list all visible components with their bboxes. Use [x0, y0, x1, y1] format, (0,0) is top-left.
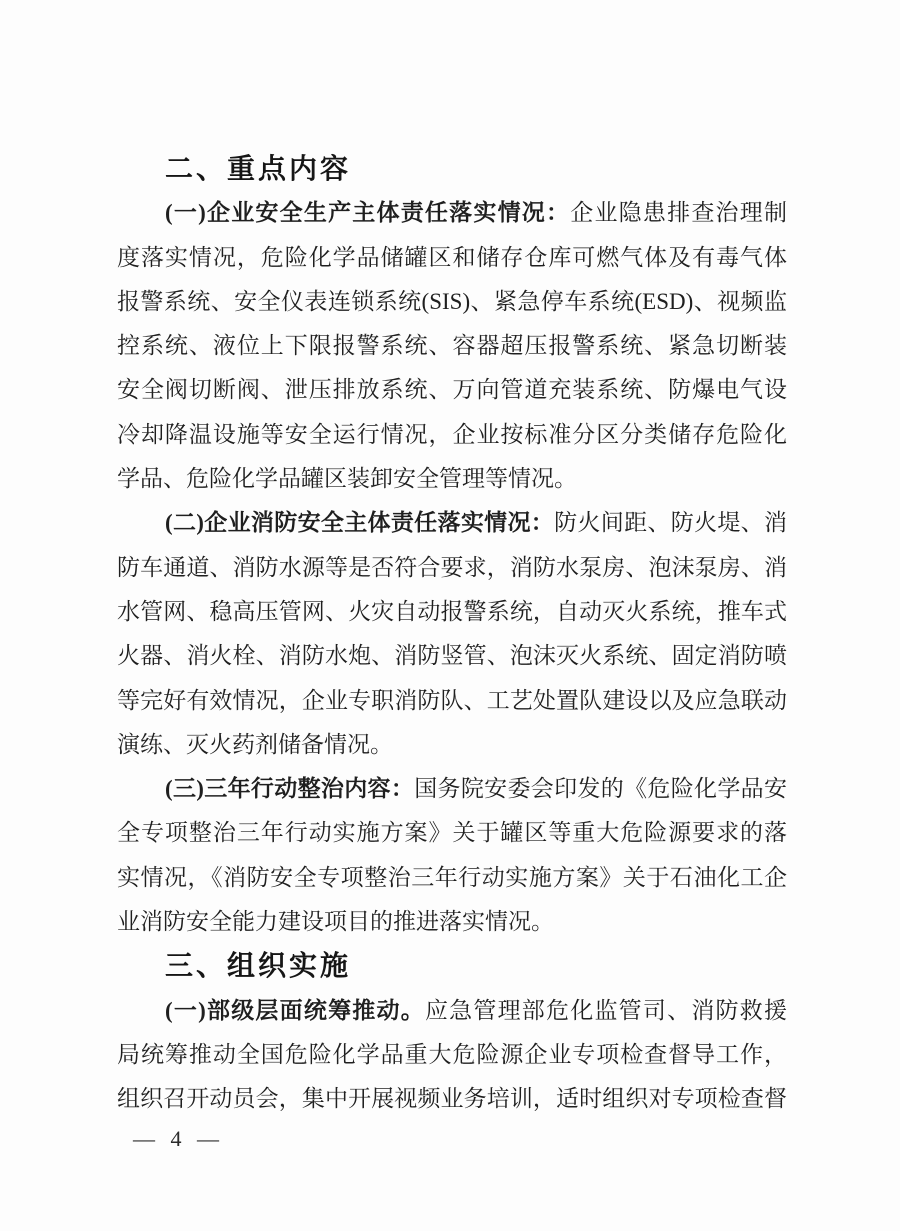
- paragraph-lead: (一)部级层面统筹推动。: [165, 998, 425, 1023]
- paragraph-lead: (三)三年行动整治内容：: [165, 776, 414, 801]
- paragraph-line: 控系统、液位上下限报警系统、容器超压报警系统、紧急切断装置、: [117, 324, 787, 368]
- paragraph-line: 组织召开动员会，集中开展视频业务培训，适时组织对专项检查督: [117, 1077, 787, 1121]
- paragraph-line: 水管网、稳高压管网、火灾自动报警系统，自动灭火系统，推车式灭: [117, 590, 787, 634]
- paragraph-line: 度落实情况，危险化学品储罐区和储存仓库可燃气体及有毒气体: [117, 236, 787, 280]
- paragraph: (一)企业安全生产主体责任落实情况：企业隐患排查治理制 度落实情况，危险化学品储…: [117, 191, 787, 501]
- paragraph-line: 火器、消火栓、消防水炮、消防竖管、泡沫灭火系统、固定消防喷淋: [117, 634, 787, 678]
- paragraph-line: 冷却降温设施等安全运行情况，企业按标准分区分类储存危险化: [117, 413, 787, 457]
- paragraph-text: 国务院安委会印发的《危险化学品安: [414, 776, 787, 801]
- paragraph-line: (三)三年行动整治内容：国务院安委会印发的《危险化学品安: [117, 767, 787, 811]
- paragraph-line: 局统筹推动全国危险化学品重大危险源企业专项检查督导工作，: [117, 1033, 787, 1077]
- paragraph-line: 等完好有效情况，企业专职消防队、工艺处置队建设以及应急联动: [117, 679, 787, 723]
- paragraph-line: (一)企业安全生产主体责任落实情况：企业隐患排查治理制: [117, 191, 787, 235]
- document-content: 二、重点内容 (一)企业安全生产主体责任落实情况：企业隐患排查治理制 度落实情况…: [117, 147, 787, 1122]
- section-heading-organization: 三、组织实施: [117, 944, 787, 988]
- document-page: 二、重点内容 (一)企业安全生产主体责任落实情况：企业隐患排查治理制 度落实情况…: [0, 0, 900, 1231]
- section-heading-key-content: 二、重点内容: [117, 147, 787, 191]
- paragraph-line: 业消防安全能力建设项目的推进落实情况。: [117, 900, 787, 944]
- paragraph-line: 报警系统、安全仪表连锁系统(SIS)、紧急停车系统(ESD)、视频监: [117, 280, 787, 324]
- paragraph-line: (一)部级层面统筹推动。应急管理部危化监管司、消防救援: [117, 989, 787, 1033]
- paragraph-text: 应急管理部危化监管司、消防救援: [425, 998, 787, 1023]
- paragraph: (二)企业消防安全主体责任落实情况：防火间距、防火堤、消 防车通道、消防水源等是…: [117, 501, 787, 767]
- paragraph-line: 全专项整治三年行动实施方案》关于罐区等重大危险源要求的落: [117, 811, 787, 855]
- paragraph-lead: (一)企业安全生产主体责任落实情况：: [165, 200, 570, 225]
- paragraph-line: (二)企业消防安全主体责任落实情况：防火间距、防火堤、消: [117, 501, 787, 545]
- paragraph: (三)三年行动整治内容：国务院安委会印发的《危险化学品安 全专项整治三年行动实施…: [117, 767, 787, 944]
- paragraph-line: 学品、危险化学品罐区装卸安全管理等情况。: [117, 457, 787, 501]
- paragraph-lead: (二)企业消防安全主体责任落实情况：: [165, 510, 554, 535]
- paragraph-line: 实情况，《消防安全专项整治三年行动实施方案》关于石油化工企: [117, 856, 787, 900]
- paragraph-text: 企业隐患排查治理制: [570, 200, 787, 225]
- paragraph: (一)部级层面统筹推动。应急管理部危化监管司、消防救援 局统筹推动全国危险化学品…: [117, 989, 787, 1122]
- page-number: — 4 —: [133, 1126, 224, 1152]
- paragraph-line: 演练、灭火药剂储备情况。: [117, 723, 787, 767]
- paragraph-text: 防火间距、防火堤、消: [554, 510, 787, 535]
- paragraph-line: 安全阀切断阀、泄压排放系统、万向管道充装系统、防爆电气设备、: [117, 368, 787, 412]
- paragraph-line: 防车通道、消防水源等是否符合要求，消防水泵房、泡沫泵房、消防: [117, 546, 787, 590]
